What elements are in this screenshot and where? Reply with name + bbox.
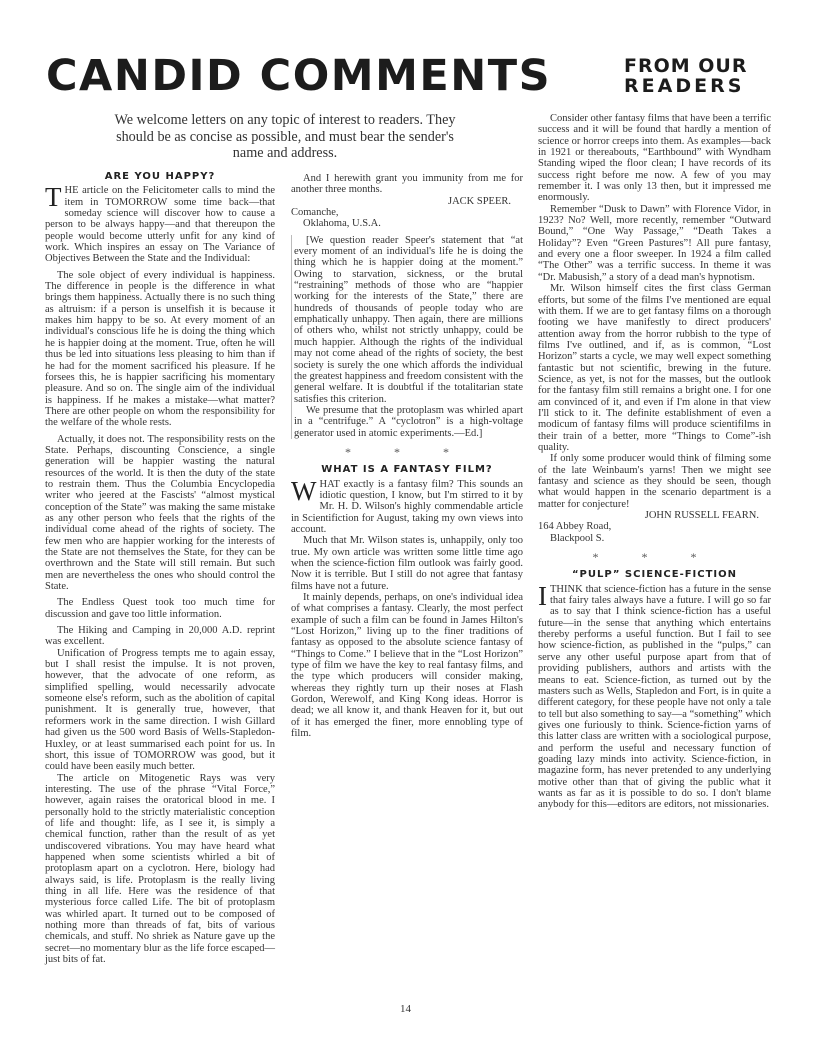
letter-address: 164 Abbey Road, [538,521,771,532]
letter-paragraph: It mainly depends, perhaps, on one's ind… [291,592,523,739]
letter-paragraph: And I herewith grant you immunity from m… [291,173,523,196]
page-title: CANDID COMMENTS [46,52,551,100]
letter-paragraph: Consider other fantasy films that have b… [538,113,771,204]
section-separator: * * * [291,447,523,458]
letter-paragraph: The Hiking and Camping in 20,000 A.D. re… [45,625,275,648]
letter-paragraph: Actually, it does not. The responsibilit… [45,434,275,593]
letter-heading: ARE YOU HAPPY? [45,171,275,182]
letter-signature: JOHN RUSSELL FEARN. [538,510,771,521]
letter-heading: “PULP” SCIENCE-FICTION [538,569,771,580]
letter-paragraph: If only some producer would think of fil… [538,453,771,510]
letter-paragraph: ITHINK that science-fiction has a future… [538,584,771,811]
column-1: ARE YOU HAPPY? THE article on the Felici… [45,171,275,965]
letter-paragraph: WHAT exactly is a fantasy film? This sou… [291,479,523,536]
drop-cap: T [45,186,62,208]
letter-heading: WHAT IS A FANTASY FILM? [291,464,523,475]
letter-paragraph: The Endless Quest took too much time for… [45,597,275,620]
section-separator: * * * [538,552,771,563]
column-2: And I herewith grant you immunity from m… [291,173,523,740]
letter-paragraph: The article on Mitogenetic Rays was very… [45,773,275,966]
magazine-page: CANDID COMMENTS FROM OUR READERS We welc… [0,0,816,1051]
page-number: 14 [400,1003,411,1015]
editor-note: [We question reader Speer's statement th… [291,235,523,405]
drop-cap: I [538,585,547,607]
page-subtitle: FROM OUR READERS [624,56,748,96]
letter-paragraph: Remember “Dusk to Dawn” with Florence Vi… [538,204,771,283]
drop-cap: W [291,480,316,502]
letter-paragraph: THE article on the Felicitometer calls t… [45,185,275,264]
letter-paragraph: The sole object of every individual is h… [45,270,275,429]
letter-paragraph: Mr. Wilson himself cites the first class… [538,283,771,453]
letter-address: Comanche, [291,207,523,218]
intro-text: We welcome letters on any topic of inter… [100,112,470,162]
letter-address: Blackpool S. [538,533,771,544]
letter-address: Oklahoma, U.S.A. [291,218,523,229]
letter-paragraph: Much that Mr. Wilson states is, unhappil… [291,535,523,592]
letter-paragraph: Unification of Progress tempts me to aga… [45,648,275,773]
column-3: Consider other fantasy films that have b… [538,113,771,811]
editor-note: We presume that the protoplasm was whirl… [291,405,523,439]
page-header: CANDID COMMENTS FROM OUR READERS [46,52,766,100]
letter-signature: JACK SPEER. [291,196,523,207]
